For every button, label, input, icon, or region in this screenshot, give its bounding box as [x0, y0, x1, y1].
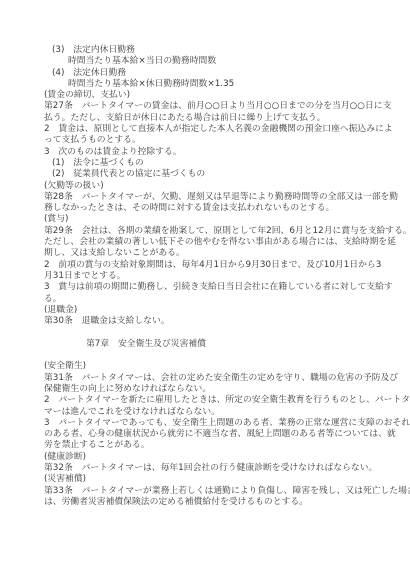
doc-line: (4) 法定休日勤務: [52, 68, 396, 79]
doc-line: 3 次のものは賃金より控除する。: [44, 147, 396, 158]
doc-line: 時間当たり基本給×休日勤務時間数×1.35: [68, 79, 396, 90]
doc-line: って支払うものとする。: [44, 135, 396, 146]
doc-line: 第30条 退職金は支給しない。: [44, 316, 396, 327]
doc-line: (2) 従業員代表との協定に基づくもの: [52, 169, 396, 180]
doc-line: 第27条 パートタイマーの賃金は、前月○○日より当月○○日までの分を当月○○日に…: [44, 101, 396, 112]
doc-line: 3 賞与は前項の期間に勤務し、引続き支給日当日会社に在籍している者に対して支給す: [44, 282, 396, 293]
doc-line: 第29条 会社は、各期の業績を勘案して、原則として年2回、6月と12月に賞与を支…: [44, 226, 396, 237]
doc-line: マーは進んでこれを受けなければならない。: [44, 407, 396, 418]
doc-line: は、労働者災害補償保険法の定める補償給付を受けるものとする。: [44, 497, 396, 508]
doc-line: 第33条 パートタイマーが業務上若しくは通勤により負傷し、障害を残し、又は死亡し…: [44, 486, 396, 497]
doc-line: のある者、心身の健康状況から就労に不適当な者、風紀上問題のある者等については、就: [44, 429, 396, 440]
chapter-heading: 第7章 安全衛生及び災害補償: [86, 339, 396, 350]
doc-line: 第31条 パートタイマーは、会社の定めた安全衛生の定めを守り、職場の危害の予防及…: [44, 373, 396, 384]
doc-line: (災害補償): [44, 474, 396, 485]
doc-line: 3 パートタイマーであっても、安全衛生上問題のある者、業務の正常な運営に支障のお…: [44, 418, 396, 429]
doc-line: 払う。ただし、支給日が休日にあたる場合は前日に繰り上げて支払う。: [44, 113, 396, 124]
doc-line: 2 賃金は、原則として直接本人が指定した本人名義の金融機関の預金口座へ振込みによ: [44, 124, 396, 135]
doc-line: ただし、会社の業績の著しい低下その他やむを得ない事由がある場合には、支給時期を延: [44, 237, 396, 248]
doc-line: 第32条 パートタイマーは、毎年1回会社の行う健康診断を受けなければならない。: [44, 463, 396, 474]
blank-line: [44, 350, 396, 361]
doc-line: (欠勤等の扱い): [44, 181, 396, 192]
doc-line: 2 前項の賞与の支給対象期間は、毎年4月1日から9月30日まで、及び10月1日か…: [44, 260, 396, 271]
doc-line: (1) 法令に基づくもの: [52, 158, 396, 169]
doc-line: 月31日までとする。: [44, 271, 396, 282]
doc-line: 保健衛生の向上に努めなければならない。: [44, 384, 396, 395]
doc-line: る。: [44, 294, 396, 305]
doc-line: 務しなかったときは、その時間に対する賃金は支払われないものとする。: [44, 203, 396, 214]
doc-line: 第28条 パートタイマーが、欠勤、遅刻又は早退等により勤務時間等の全部又は一部を…: [44, 192, 396, 203]
doc-line: (賞与): [44, 214, 396, 225]
doc-line: 時間当たり基本給×当日の勤務時間数: [68, 56, 396, 67]
doc-line: (3) 法定内休日勤務: [52, 45, 396, 56]
doc-line: (賃金の締切、支払い): [44, 90, 396, 101]
doc-line: (健康診断): [44, 452, 396, 463]
doc-line: 期し、又は支給しないことがある。: [44, 248, 396, 259]
blank-line: [44, 327, 396, 338]
doc-line: (安全衛生): [44, 361, 396, 372]
doc-line: 労を禁止することがある。: [44, 440, 396, 451]
document-page: (3) 法定内休日勤務時間当たり基本給×当日の勤務時間数(4) 法定休日勤務時間…: [0, 0, 410, 580]
doc-line: (退職金): [44, 305, 396, 316]
document-body: (3) 法定内休日勤務時間当たり基本給×当日の勤務時間数(4) 法定休日勤務時間…: [44, 45, 396, 508]
doc-line: 2 パートタイマーを新たに雇用したときは、所定の安全衛生教育を行うものとし、パー…: [44, 395, 396, 406]
